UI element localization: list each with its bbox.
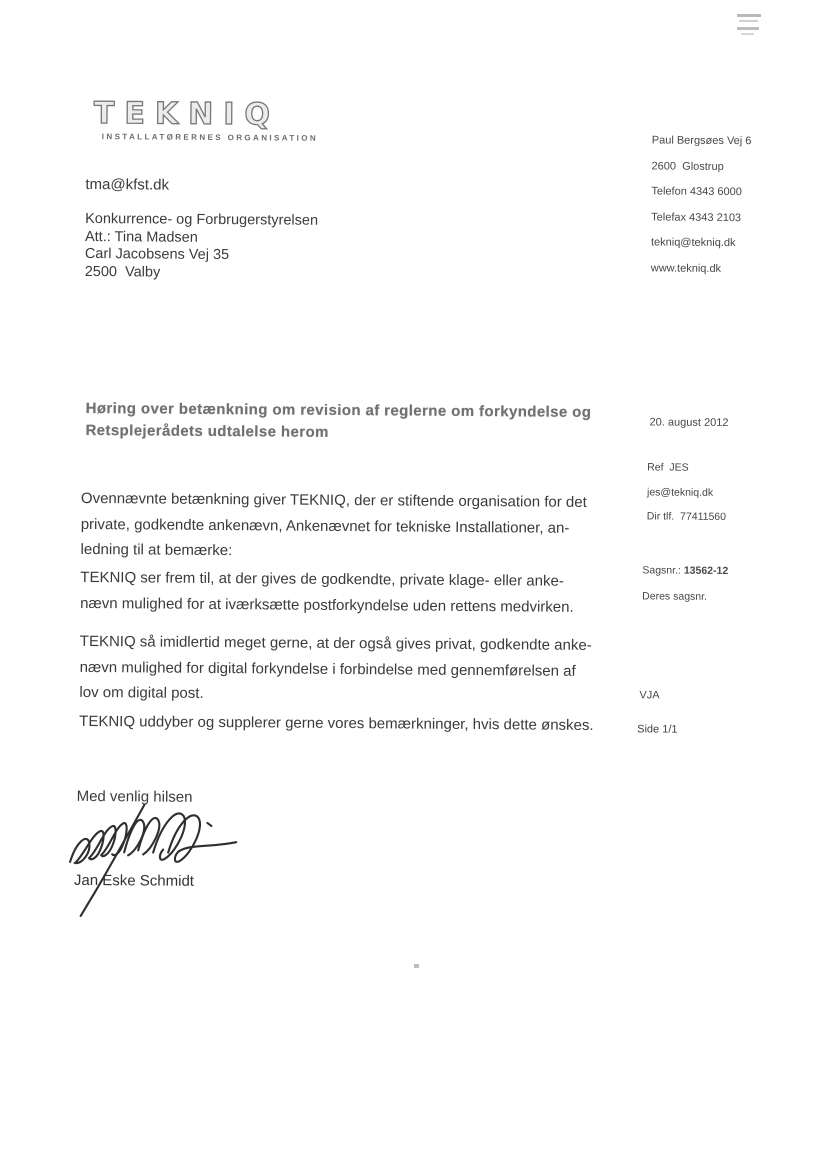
company-logo-tagline: INSTALLATØRERNES ORGANISATION [102, 132, 318, 143]
sender-email: tekniq@tekniq.dk [651, 236, 751, 262]
body-text-line: TEKNIQ ser frem til, at der gives de god… [80, 565, 574, 594]
body-text-line: ledning til at bemærke: [80, 537, 586, 566]
sender-street: Paul Bergsøes Vej 6 [652, 134, 752, 160]
case-number-line: Sagsnr.: 13562-12 [642, 564, 728, 591]
handwritten-signature [58, 798, 254, 920]
sender-city: 2600 Glostrup [651, 160, 751, 186]
body-paragraph-3: TEKNIQ så imidlertid meget gerne, at der… [79, 629, 592, 710]
case-number-block: Sagsnr.: 13562-12 Deres sagsnr. [642, 564, 728, 617]
recipient-organization: Konkurrence- og Forbrugerstyrelsen [85, 211, 318, 230]
case-number-label: Sagsnr.: [642, 564, 684, 576]
sender-phone: Telefon 4343 6000 [651, 185, 751, 211]
body-paragraph-2: TEKNIQ ser frem til, at der gives de god… [80, 565, 574, 620]
typist-initials: VJA [639, 689, 659, 701]
body-text-line: TEKNIQ så imidlertid meget gerne, at der… [80, 629, 592, 659]
body-paragraph-4: TEKNIQ uddyber og supplerer gerne vores … [79, 709, 594, 739]
case-number-value: 13562-12 [684, 565, 728, 577]
company-logo: TEKNIQ INSTALLATØRERNES ORGANISATION [94, 96, 319, 143]
letter-date: 20. august 2012 [650, 416, 729, 429]
company-logo-text: TEKNIQ [94, 96, 319, 133]
page-indicator: Side 1/1 [637, 723, 677, 735]
subject-line: Retsplejerådets udtalelse herom [85, 419, 591, 444]
recipient-attention: Att.: Tina Madsen [85, 228, 318, 247]
body-text-line: TEKNIQ uddyber og supplerer gerne vores … [79, 709, 594, 739]
body-text-line: lov om digital post. [79, 680, 591, 710]
recipient-address-block: Konkurrence- og Forbrugerstyrelsen Att.:… [85, 211, 318, 283]
recipient-street: Carl Jacobsens Vej 35 [85, 246, 318, 265]
body-text-line: private, godkendte ankenævn, Ankenævnet … [81, 511, 587, 540]
reference-initials: Ref JES [647, 461, 726, 486]
recipient-city: 2500 Valby [85, 263, 318, 282]
body-text-line: Ovennævnte betænkning giver TEKNIQ, der … [81, 486, 587, 515]
sender-website: www.tekniq.dk [651, 262, 751, 288]
reference-block: Ref JES jes@tekniq.dk Dir tlf. 77411560 [647, 461, 727, 535]
sender-contact-block: Paul Bergsøes Vej 6 2600 Glostrup Telefo… [651, 134, 752, 288]
signatory-name: Jan Eske Schmidt [74, 872, 194, 890]
reference-direct-phone: Dir tlf. 77411560 [647, 510, 726, 535]
reference-email: jes@tekniq.dk [647, 486, 726, 511]
their-case-number-label: Deres sagsnr. [642, 590, 728, 617]
body-paragraph-1: Ovennævnte betænkning giver TEKNIQ, der … [80, 486, 586, 566]
recipient-email: tma@kfst.dk [85, 176, 169, 194]
body-text-line: nævn mulighed for at iværksætte postfork… [80, 590, 574, 619]
sender-fax: Telefax 4343 2103 [651, 211, 751, 237]
body-text-line: nævn mulighed for digital forkyndelse i … [80, 654, 592, 684]
letter-page: TEKNIQ INSTALLATØRERNES ORGANISATION Pau… [0, 0, 826, 1169]
subject-heading: Høring over betænkning om revision af re… [85, 398, 591, 445]
